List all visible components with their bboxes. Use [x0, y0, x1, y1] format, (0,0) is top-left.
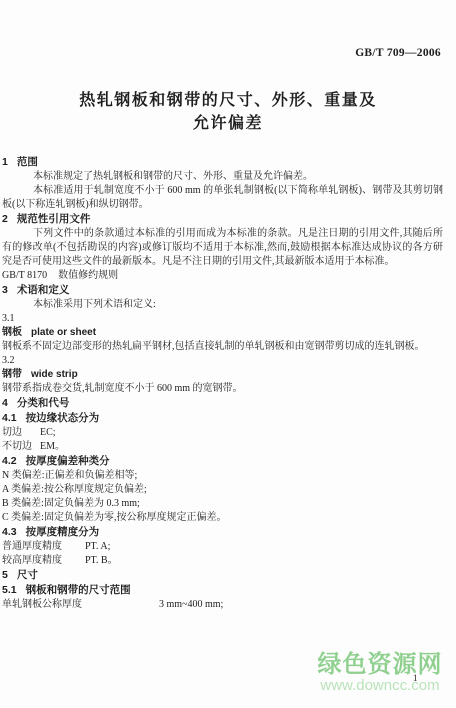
term-3-1-definition: 钢板系不固定边部变形的热轧扁平钢材,包括直接轧制的单轧钢板和由宽钢带剪切成的连轧…: [2, 340, 443, 354]
term-3-1-chinese: 钢板: [2, 326, 22, 340]
term-3-1-number: 3.1: [2, 312, 443, 326]
section-4-2-number: 4.2: [2, 454, 17, 469]
watermark-site-url: www.downcc.com: [313, 678, 447, 694]
watermark: 绿色资源网 www.downcc.com: [313, 652, 447, 694]
section-3-title: 术语和定义: [17, 284, 70, 296]
section-1-number: 1: [2, 155, 8, 170]
term-3-2-english: wide strip: [31, 369, 78, 380]
edge-type-item-2: 不切边EM。: [2, 440, 443, 454]
section-1-title: 范围: [17, 156, 38, 168]
reference-code: GB/T 8170: [2, 269, 47, 283]
section-5-heading: 5尺寸: [2, 568, 443, 583]
edge-type-2-label: 不切边: [2, 440, 40, 454]
watermark-site-name: 绿色资源网: [313, 652, 447, 678]
section-2-heading: 2规范性引用文件: [2, 212, 443, 227]
section-5-1-title: 钢板和钢带的尺寸范围: [26, 584, 131, 596]
deviation-class-n: N 类偏差:正偏差和负偏差相等;: [2, 469, 443, 483]
deviation-class-a: A 类偏差:按公称厚度规定负偏差;: [2, 483, 443, 497]
section-3-number: 3: [2, 283, 8, 298]
term-3-2-number: 3.2: [2, 354, 443, 368]
term-3-1-english: plate or sheet: [31, 327, 96, 338]
term-3-2-chinese: 钢带: [2, 368, 22, 382]
section-1-paragraph-2: 本标准适用于轧制宽度不小于 600 mm 的单张轧制钢板(以下简称单轧钢板)、钢…: [2, 184, 443, 212]
deviation-class-b: B 类偏差:固定负偏差为 0.3 mm;: [2, 497, 443, 511]
section-4-3-title: 按厚度精度分为: [26, 526, 100, 538]
edge-type-1-code: EC;: [40, 427, 56, 438]
section-1-paragraph-1: 本标准规定了热轧钢板和钢带的尺寸、外形、重量及允许偏差。: [2, 170, 443, 184]
page-number: 1: [413, 673, 418, 683]
term-3-2-definition: 钢带系指成卷交货,轧制宽度不小于 600 mm 的宽钢带。: [2, 382, 443, 396]
precision-2-label: 较高厚度精度: [2, 554, 85, 568]
document-page: GB/T 709—2006 热轧钢板和钢带的尺寸、外形、重量及 允许偏差 1范围…: [0, 0, 456, 708]
section-2-title: 规范性引用文件: [17, 213, 91, 225]
edge-type-2-code: EM。: [40, 441, 65, 452]
document-title-line2: 允许偏差: [0, 112, 456, 135]
deviation-class-c: C 类偏差:固定负偏差为零,按公称厚度规定正偏差。: [2, 511, 443, 525]
section-4-3-number: 4.3: [2, 525, 17, 540]
section-4-1-heading: 4.1按边缘状态分为: [2, 411, 443, 426]
precision-item-1: 普通厚度精度PT. A;: [2, 540, 443, 554]
normative-reference: GB/T 8170数值修约规则: [2, 269, 443, 283]
section-5-number: 5: [2, 568, 8, 583]
standard-code: GB/T 709—2006: [355, 47, 441, 59]
section-2-number: 2: [2, 212, 8, 227]
section-4-title: 分类和代号: [17, 397, 70, 409]
section-1-heading: 1范围: [2, 155, 443, 170]
section-4-2-heading: 4.2按厚度偏差种类分: [2, 454, 443, 469]
section-4-3-heading: 4.3按厚度精度分为: [2, 525, 443, 540]
section-4-heading: 4分类和代号: [2, 396, 443, 411]
reference-title: 数值修约规则: [58, 270, 118, 281]
section-4-number: 4: [2, 396, 8, 411]
section-3-intro: 本标准采用下列术语和定义:: [2, 298, 443, 312]
document-title: 热轧钢板和钢带的尺寸、外形、重量及 允许偏差: [0, 89, 456, 135]
section-5-1-heading: 5.1钢板和钢带的尺寸范围: [2, 583, 443, 598]
precision-1-code: PT. A;: [85, 541, 110, 552]
edge-type-1-label: 切边: [2, 426, 40, 440]
precision-item-2: 较高厚度精度PT. B。: [2, 554, 443, 568]
section-2-paragraph-1: 下列文件中的条款通过本标准的引用而成为本标准的条款。凡是注日期的引用文件,其随后…: [2, 227, 443, 269]
section-5-title: 尺寸: [17, 569, 38, 581]
section-4-1-title: 按边缘状态分为: [26, 412, 100, 424]
section-4-2-title: 按厚度偏差种类分: [26, 455, 110, 467]
section-5-1-number: 5.1: [2, 583, 17, 598]
document-body: 1范围 本标准规定了热轧钢板和钢带的尺寸、外形、重量及允许偏差。 本标准适用于轧…: [2, 155, 443, 612]
edge-type-item-1: 切边EC;: [2, 426, 443, 440]
document-title-line1: 热轧钢板和钢带的尺寸、外形、重量及: [0, 89, 456, 112]
size-range-item: 单轧钢板公称厚度3 mm~400 mm;: [2, 598, 443, 612]
size-range-label: 单轧钢板公称厚度: [2, 598, 159, 612]
term-3-2: 钢带wide strip: [2, 368, 443, 382]
term-3-1: 钢板plate or sheet: [2, 326, 443, 340]
section-3-heading: 3术语和定义: [2, 283, 443, 298]
size-range-value: 3 mm~400 mm;: [159, 599, 223, 610]
precision-1-label: 普通厚度精度: [2, 540, 85, 554]
section-4-1-number: 4.1: [2, 411, 17, 426]
precision-2-code: PT. B。: [85, 555, 118, 566]
